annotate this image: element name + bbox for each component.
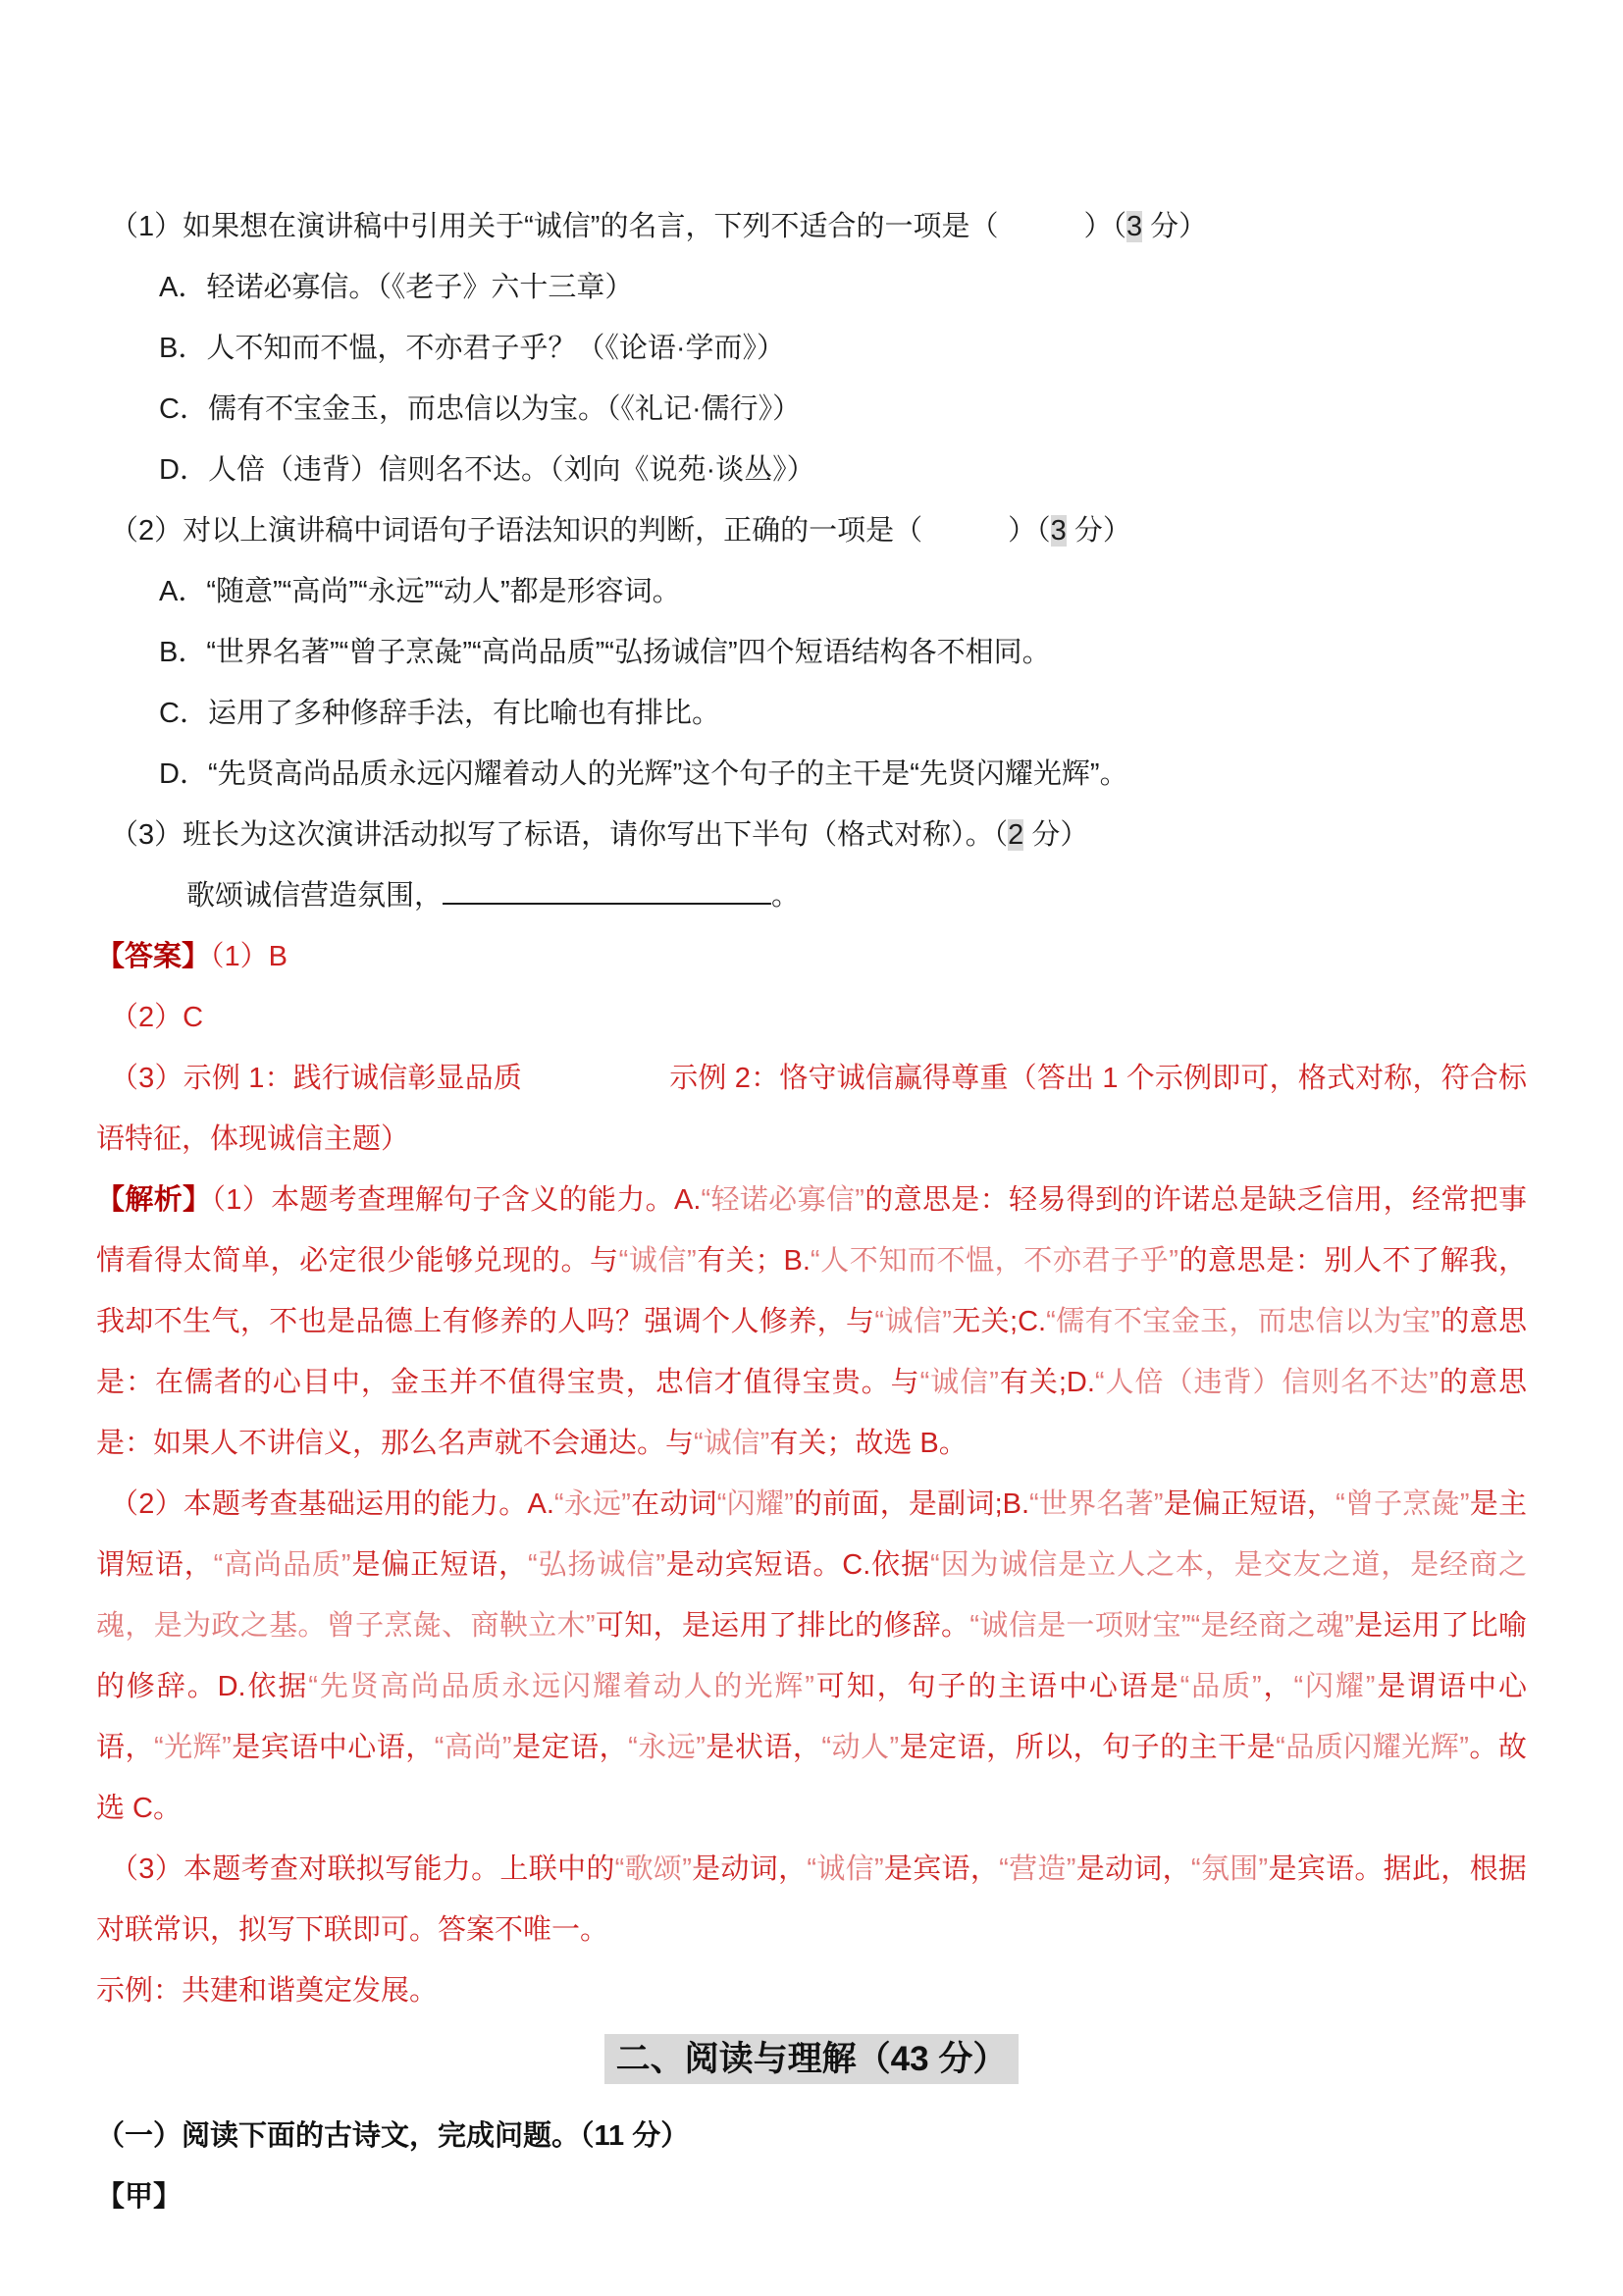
q2-option-c: C．运用了多种修辞手法，有比喻也有排比。	[96, 683, 1527, 744]
text-run: 分）	[1067, 515, 1131, 547]
text-run: （2）C	[110, 1002, 203, 1033]
text-run: C．儒有不宝金玉，而忠信以为宝。（《礼记·儒行》）	[159, 393, 801, 425]
text-run: B．人不知而不愠，不亦君子乎？（《论语·学而》）	[159, 333, 785, 364]
q2-option-d: D．“先贤高尚品质永远闪耀着动人的光辉”这个句子的主干是“先贤闪耀光辉”。	[96, 744, 1527, 805]
text-run: A．轻诺必寡信。（《老子》六十三章）	[159, 272, 633, 303]
text-run: （1）本题考查理解句子含义的能力。A.	[211, 1184, 701, 1216]
answer-line-2: （2）C	[96, 987, 1527, 1048]
text-run: 是定语，	[512, 1732, 628, 1763]
text-run: 在动词	[631, 1488, 717, 1520]
quoted-phrase: “动人”	[821, 1732, 899, 1763]
text-run: （3）班长为这次演讲活动拟写了标语，请你写出下半句（格式对称）。（	[110, 819, 1008, 851]
text-run: 示例：共建和谐奠定发展。	[96, 1975, 438, 2007]
q2-option-b: B．“世界名著”“曾子烹彘”“高尚品质”“弘扬诚信”四个短语结构各不相同。	[96, 622, 1527, 683]
text-run: 2	[1008, 819, 1023, 851]
quoted-phrase: “营造”	[999, 1853, 1075, 1885]
text-run: B．“世界名著”“曾子烹彘”“高尚品质”“弘扬诚信”四个短语结构各不相同。	[159, 637, 1051, 668]
text-run: 的前面，是副词;B.	[794, 1488, 1029, 1520]
quoted-phrase: “诚信”	[807, 1853, 883, 1885]
quoted-phrase: “氛围”	[1191, 1853, 1268, 1885]
document-page: （1）如果想在演讲稿中引用关于“诚信”的名言，下列不适合的一项是（ ）（3 分）…	[0, 0, 1623, 2296]
text-run: ，	[1262, 1671, 1294, 1702]
analysis-para-3: （3）本题考查对联拟写能力。上联中的“歌颂”是动词，“诚信”是宾语，“营造”是动…	[96, 1839, 1527, 1960]
q1-option-b: B．人不知而不愠，不亦君子乎？（《论语·学而》）	[96, 318, 1527, 379]
subsection-line: （一）阅读下面的古诗文，完成问题。（11 分）	[96, 2106, 1527, 2166]
analysis-example: 示例：共建和谐奠定发展。	[96, 1960, 1527, 2021]
text-run: 歌颂诚信营造氛围，	[186, 880, 443, 912]
text-run: 分）	[1142, 211, 1207, 242]
q3-stem: （3）班长为这次演讲活动拟写了标语，请你写出下半句（格式对称）。（2 分）	[96, 805, 1527, 865]
quoted-phrase: “永远”	[554, 1488, 631, 1520]
text-run: 【解析】	[96, 1184, 211, 1216]
quoted-phrase: “歌颂”	[615, 1853, 692, 1885]
answer-line-3: （3）示例 1：践行诚信彰显品质示例 2：恪守诚信赢得尊重（答出 1 个示例即可…	[96, 1048, 1527, 1170]
text-run: 二、阅读与理解（43 分）	[604, 2034, 1020, 2084]
quoted-phrase: “诚信”	[694, 1428, 769, 1459]
text-run: 是偏正短语，	[1163, 1488, 1335, 1520]
text-run: 是偏正短语，	[351, 1549, 528, 1581]
text-run: 有关；故选 B。	[769, 1428, 967, 1459]
q1-stem: （1）如果想在演讲稿中引用关于“诚信”的名言，下列不适合的一项是（ ）（3 分）	[96, 196, 1527, 257]
quoted-phrase: “人不知而不愠，不亦君子乎”	[811, 1245, 1178, 1277]
text-run: 无关;C.	[952, 1306, 1046, 1337]
answer-blank-underline	[443, 899, 771, 905]
quoted-phrase: “儒有不宝金玉，而忠信以为宝”	[1046, 1306, 1440, 1337]
text-run: （2）对以上演讲稿中词语句子语法知识的判断，正确的一项是（ ）（	[110, 515, 1051, 547]
text-run: C．运用了多种修辞手法，有比喻也有排比。	[159, 698, 720, 729]
text-run: 【答案】	[96, 941, 210, 972]
quoted-phrase: “诚信是一项财宝”	[969, 1610, 1190, 1642]
text-run: 3	[1051, 515, 1067, 547]
quoted-phrase: “诚信”	[920, 1367, 999, 1398]
text-run: 是动词，	[692, 1853, 808, 1885]
text-run: 是动宾短语。C.依据	[665, 1549, 930, 1581]
quoted-phrase: “闪耀”	[717, 1488, 794, 1520]
answer-label-line: 【答案】（1）B	[96, 926, 1527, 987]
text-run: （一）阅读下面的古诗文，完成问题。（11 分）	[96, 2120, 689, 2152]
q3-blank-line: 歌颂诚信营造氛围，。	[96, 865, 1527, 926]
quoted-phrase: “轻诺必寡信”	[701, 1184, 864, 1216]
quoted-phrase: “高尚”	[435, 1732, 512, 1763]
quoted-phrase: “光辉”	[154, 1732, 232, 1763]
q1-option-a: A．轻诺必寡信。（《老子》六十三章）	[96, 257, 1527, 318]
text-run: A．“随意”“高尚”“永远”“动人”都是形容词。	[159, 576, 681, 607]
analysis-para-2: （2）本题考查基础运用的能力。A.“永远”在动词“闪耀”的前面，是副词;B.“世…	[96, 1474, 1527, 1839]
q2-option-a: A．“随意”“高尚”“永远”“动人”都是形容词。	[96, 561, 1527, 622]
text-run: 是定语，所以，句子的主干是	[899, 1732, 1276, 1763]
quoted-phrase: “诚信”	[619, 1245, 697, 1277]
quoted-phrase: “是经商之魂”	[1190, 1610, 1353, 1642]
text-run: 3	[1126, 211, 1142, 242]
quoted-phrase: “世界名著”	[1029, 1488, 1163, 1520]
text-run: （2）本题考查基础运用的能力。A.“永远”在动词“闪耀”的前面，是副词;B.“世…	[96, 1488, 1527, 1824]
text-run: 有关；B.	[697, 1245, 811, 1277]
quoted-phrase: “人倍（违背）信则名不达”	[1095, 1367, 1439, 1398]
text-run: 【甲】	[96, 2181, 182, 2213]
section-heading: 二、阅读与理解（43 分）	[96, 2031, 1527, 2092]
text-run: D．“先贤高尚品质永远闪耀着动人的光辉”这个句子的主干是“先贤闪耀光辉”。	[159, 758, 1128, 790]
jia-label: 【甲】	[96, 2166, 1527, 2227]
text-run: 是宾语中心语，	[232, 1732, 435, 1763]
text-run: 。	[771, 880, 800, 912]
analysis-para-1: 【解析】（1）本题考查理解句子含义的能力。A.“轻诺必寡信”的意思是：轻易得到的…	[96, 1170, 1527, 1474]
text-run: （3）示例 1：践行诚信彰显品质	[110, 1063, 522, 1094]
text-run: （2）本题考查基础运用的能力。A.	[110, 1488, 554, 1520]
text-run: 分）	[1023, 819, 1088, 851]
text-run: 可知，句子的主语中心语是	[814, 1671, 1180, 1702]
text-run: （1）如果想在演讲稿中引用关于“诚信”的名言，下列不适合的一项是（ ）（	[110, 211, 1126, 242]
text-run: 是宾语，	[884, 1853, 1000, 1885]
quoted-phrase: “曾子烹彘”	[1335, 1488, 1469, 1520]
text-run: D．人倍（违背）信则名不达。（刘向《说苑·谈丛》）	[159, 454, 815, 486]
text-run: （1）B	[210, 941, 288, 972]
quoted-phrase: “品质闪耀光辉”	[1276, 1732, 1469, 1763]
q1-option-c: C．儒有不宝金玉，而忠信以为宝。（《礼记·儒行》）	[96, 379, 1527, 440]
text-run: （1）本题考查理解句子含义的能力。A.“轻诺必寡信”的意思是：轻易得到的许诺总是…	[96, 1184, 1527, 1459]
text-run: 是动词，	[1075, 1853, 1191, 1885]
q1-option-d: D．人倍（违背）信则名不达。（刘向《说苑·谈丛》）	[96, 440, 1527, 500]
quoted-phrase: “诚信”	[874, 1306, 951, 1337]
quoted-phrase: “高尚品质”	[214, 1549, 351, 1581]
quoted-phrase: “闪耀”	[1293, 1671, 1375, 1702]
spacer	[522, 1086, 669, 1087]
quoted-phrase: “永远”	[628, 1732, 706, 1763]
quoted-phrase: “先贤高尚品质永远闪耀着动人的光辉”	[308, 1671, 814, 1702]
text-run: 可知，是运用了排比的修辞。	[596, 1610, 970, 1642]
quoted-phrase: “品质”	[1180, 1671, 1262, 1702]
text-run: 是状语，	[706, 1732, 821, 1763]
q2-stem: （2）对以上演讲稿中词语句子语法知识的判断，正确的一项是（ ）（3 分）	[96, 500, 1527, 561]
text-run: 有关;D.	[999, 1367, 1095, 1398]
quoted-phrase: “弘扬诚信”	[528, 1549, 665, 1581]
text-run: （3）本题考查对联拟写能力。上联中的	[110, 1853, 615, 1885]
text-run: （3）本题考查对联拟写能力。上联中的“歌颂”是动词，“诚信”是宾语，“营造”是动…	[96, 1853, 1527, 1946]
